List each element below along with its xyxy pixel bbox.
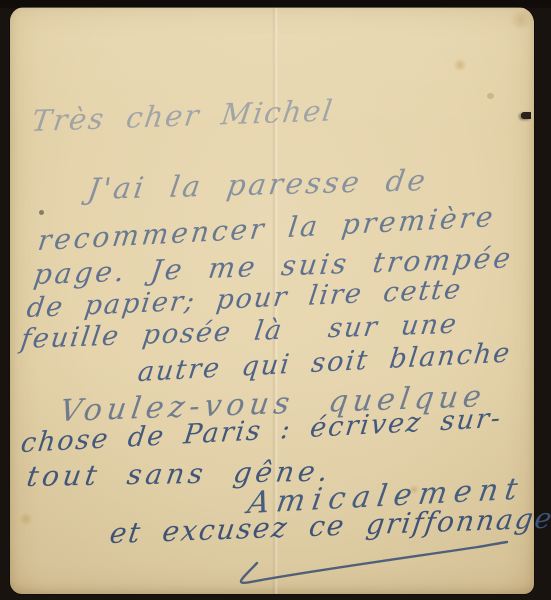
letter-body-line-1: J'ai la paresse de bbox=[86, 166, 430, 204]
photo-backdrop: Très cher Michel J'ai la paresse de reco… bbox=[0, 0, 551, 600]
foxing-spot bbox=[508, 11, 534, 29]
foxing-spot bbox=[452, 59, 468, 71]
letter-paper: Très cher Michel J'ai la paresse de reco… bbox=[10, 7, 534, 594]
signature-flourish-stroke bbox=[241, 542, 507, 583]
foxing-spot bbox=[18, 513, 34, 525]
letter-postscript: et excusez ce griffonnage bbox=[108, 504, 551, 548]
ink-speck bbox=[39, 210, 44, 215]
ink-smudge bbox=[521, 112, 531, 119]
foxing-spot bbox=[487, 93, 494, 99]
letter-salutation: Très cher Michel bbox=[30, 96, 336, 136]
